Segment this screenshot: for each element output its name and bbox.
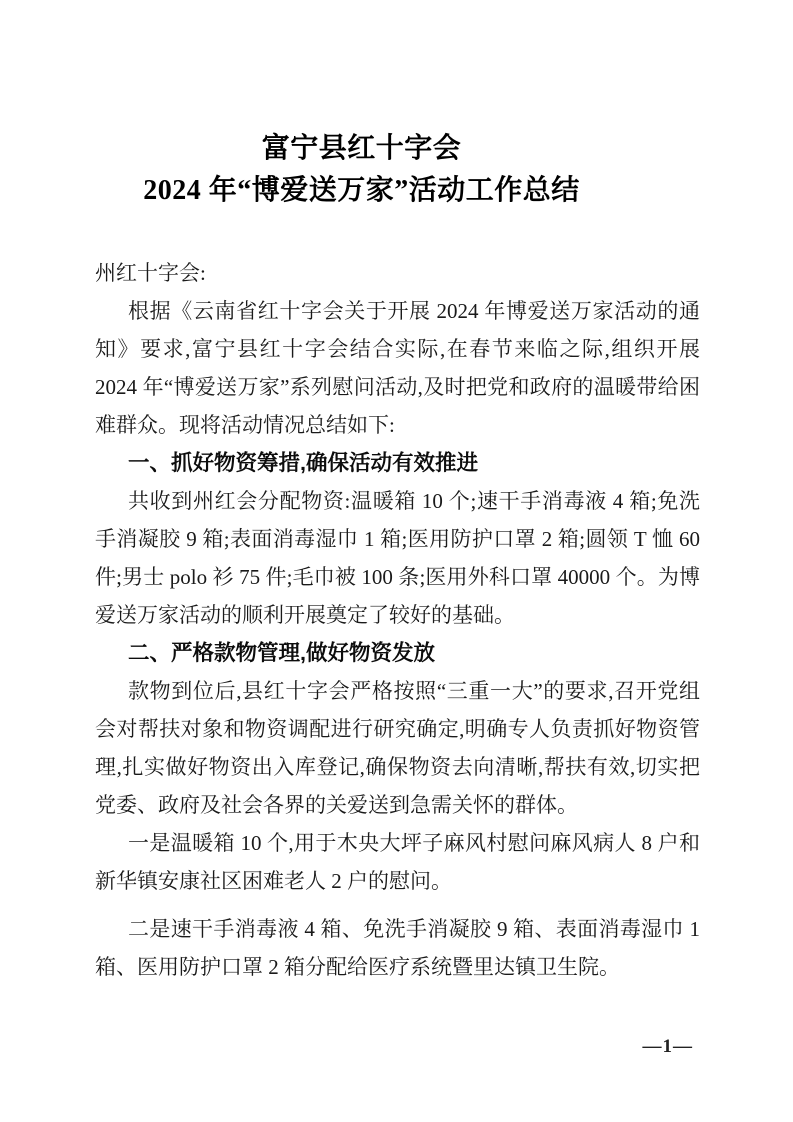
document-page: 富宁县红十字会 2024 年“博爱送万家”活动工作总结 州红十字会: 根据《云南… — [0, 0, 793, 1122]
document-body: 州红十字会: 根据《云南省红十字会关于开展 2024 年博爱送万家活动的通知》要… — [95, 254, 700, 986]
paragraph-management: 款物到位后,县红十字会严格按照“三重一大”的要求,召开党组会对帮扶对象和物资调配… — [95, 672, 700, 824]
document-title: 富宁县红十字会 2024 年“博爱送万家”活动工作总结 — [0, 128, 723, 212]
title-line-2: 2024 年“博爱送万家”活动工作总结 — [0, 170, 723, 212]
section-heading-2: 二、严格款物管理,做好物资发放 — [95, 634, 700, 672]
paragraph-intro: 根据《云南省红十字会关于开展 2024 年博爱送万家活动的通知》要求,富宁县红十… — [95, 292, 700, 444]
paragraph-item-2: 二是速干手消毒液 4 箱、免洗手消凝胶 9 箱、表面消毒湿巾 1 箱、医用防护口… — [95, 910, 700, 986]
paragraph-supplies: 共收到州红会分配物资:温暖箱 10 个;速干手消毒液 4 箱;免洗手消凝胶 9 … — [95, 482, 700, 634]
title-line-1: 富宁县红十字会 — [0, 128, 723, 170]
section-heading-1: 一、抓好物资筹措,确保活动有效推进 — [95, 444, 700, 482]
page-number: —1— — [643, 1036, 694, 1058]
salutation: 州红十字会: — [95, 254, 700, 292]
paragraph-item-1: 一是温暖箱 10 个,用于木央大坪子麻风村慰问麻风病人 8 户和新华镇安康社区困… — [95, 824, 700, 900]
